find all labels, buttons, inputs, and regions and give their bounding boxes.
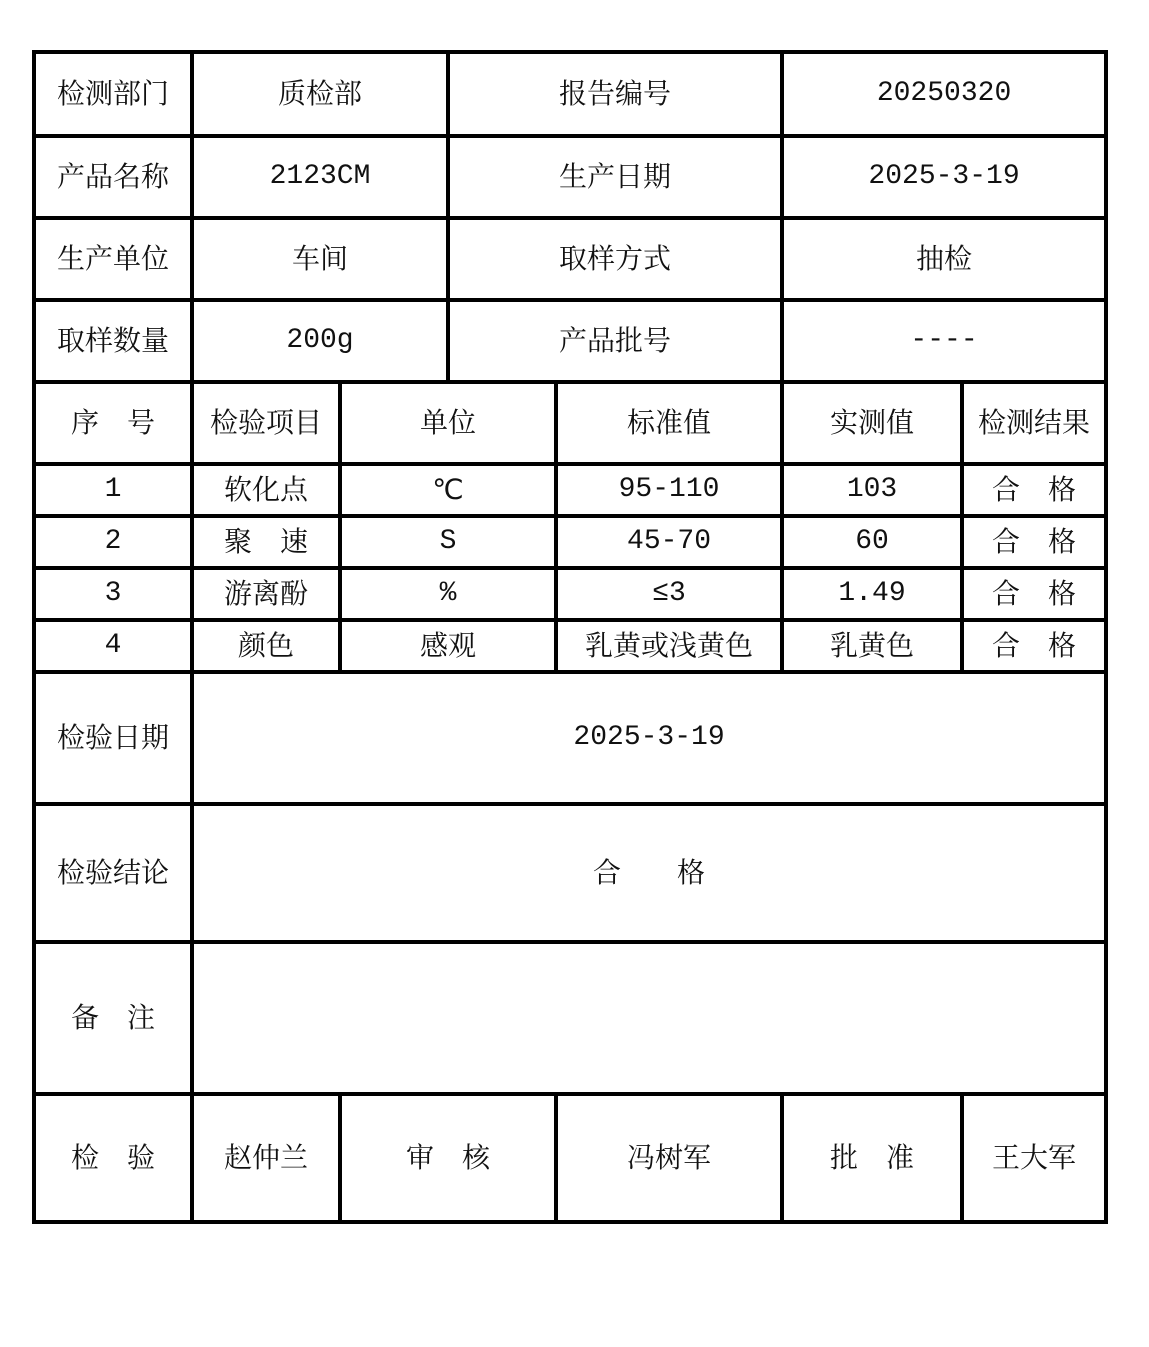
cell-standard: 乳黄或浅黄色	[556, 620, 782, 672]
remarks-row: 备 注	[34, 942, 1106, 1094]
cell-unit: %	[340, 568, 556, 620]
test-row: 1 软化点 ℃ 95-110 103 合 格	[34, 464, 1106, 516]
cell-measured: 60	[782, 516, 962, 568]
value-inspection-date: 2025-3-19	[192, 672, 1106, 804]
label-inspector: 检 验	[34, 1094, 192, 1222]
label-department: 检测部门	[34, 52, 192, 136]
cell-measured: 103	[782, 464, 962, 516]
value-sample-quantity: 200g	[192, 300, 448, 382]
cell-unit: 感观	[340, 620, 556, 672]
label-conclusion: 检验结论	[34, 804, 192, 942]
value-product-name: 2123CM	[192, 136, 448, 218]
cell-result: 合 格	[962, 620, 1106, 672]
value-production-unit: 车间	[192, 218, 448, 300]
value-remarks	[192, 942, 1106, 1094]
info-row: 产品名称 2123CM 生产日期 2025-3-19	[34, 136, 1106, 218]
cell-result: 合 格	[962, 464, 1106, 516]
cell-item: 软化点	[192, 464, 340, 516]
cell-result: 合 格	[962, 516, 1106, 568]
cell-item: 颜色	[192, 620, 340, 672]
cell-seq: 4	[34, 620, 192, 672]
test-row: 4 颜色 感观 乳黄或浅黄色 乳黄色 合 格	[34, 620, 1106, 672]
label-production-date: 生产日期	[448, 136, 782, 218]
cell-standard: ≤3	[556, 568, 782, 620]
cell-standard: 45-70	[556, 516, 782, 568]
signature-row: 检 验 赵仲兰 审 核 冯树军 批 准 王大军	[34, 1094, 1106, 1222]
info-row: 检测部门 质检部 报告编号 20250320	[34, 52, 1106, 136]
label-sample-quantity: 取样数量	[34, 300, 192, 382]
info-row: 取样数量 200g 产品批号 ----	[34, 300, 1106, 382]
label-reviewer: 审 核	[340, 1094, 556, 1222]
value-approver: 王大军	[962, 1094, 1106, 1222]
cell-unit: ℃	[340, 464, 556, 516]
label-report-number: 报告编号	[448, 52, 782, 136]
col-header-measured: 实测值	[782, 382, 962, 464]
label-batch-number: 产品批号	[448, 300, 782, 382]
label-production-unit: 生产单位	[34, 218, 192, 300]
value-reviewer: 冯树军	[556, 1094, 782, 1222]
inspection-report: 检测部门 质检部 报告编号 20250320 产品名称 2123CM 生产日期 …	[32, 50, 1104, 1224]
col-header-item: 检验项目	[192, 382, 340, 464]
label-remarks: 备 注	[34, 942, 192, 1094]
inspection-date-row: 检验日期 2025-3-19	[34, 672, 1106, 804]
cell-measured: 1.49	[782, 568, 962, 620]
col-header-result: 检测结果	[962, 382, 1106, 464]
value-sampling-method: 抽检	[782, 218, 1106, 300]
col-header-standard: 标准值	[556, 382, 782, 464]
cell-item: 聚 速	[192, 516, 340, 568]
test-row: 2 聚 速 S 45-70 60 合 格	[34, 516, 1106, 568]
value-inspector: 赵仲兰	[192, 1094, 340, 1222]
col-header-unit: 单位	[340, 382, 556, 464]
cell-standard: 95-110	[556, 464, 782, 516]
cell-seq: 1	[34, 464, 192, 516]
label-product-name: 产品名称	[34, 136, 192, 218]
value-department: 质检部	[192, 52, 448, 136]
cell-item: 游离酚	[192, 568, 340, 620]
cell-unit: S	[340, 516, 556, 568]
value-batch-number: ----	[782, 300, 1106, 382]
value-report-number: 20250320	[782, 52, 1106, 136]
test-header-row: 序 号 检验项目 单位 标准值 实测值 检测结果	[34, 382, 1106, 464]
conclusion-row: 检验结论 合 格	[34, 804, 1106, 942]
label-approver: 批 准	[782, 1094, 962, 1222]
label-inspection-date: 检验日期	[34, 672, 192, 804]
test-row: 3 游离酚 % ≤3 1.49 合 格	[34, 568, 1106, 620]
col-header-seq: 序 号	[34, 382, 192, 464]
value-production-date: 2025-3-19	[782, 136, 1106, 218]
info-row: 生产单位 车间 取样方式 抽检	[34, 218, 1106, 300]
label-sampling-method: 取样方式	[448, 218, 782, 300]
report-table: 检测部门 质检部 报告编号 20250320 产品名称 2123CM 生产日期 …	[32, 50, 1108, 1224]
cell-measured: 乳黄色	[782, 620, 962, 672]
cell-seq: 3	[34, 568, 192, 620]
cell-result: 合 格	[962, 568, 1106, 620]
cell-seq: 2	[34, 516, 192, 568]
value-conclusion: 合 格	[192, 804, 1106, 942]
